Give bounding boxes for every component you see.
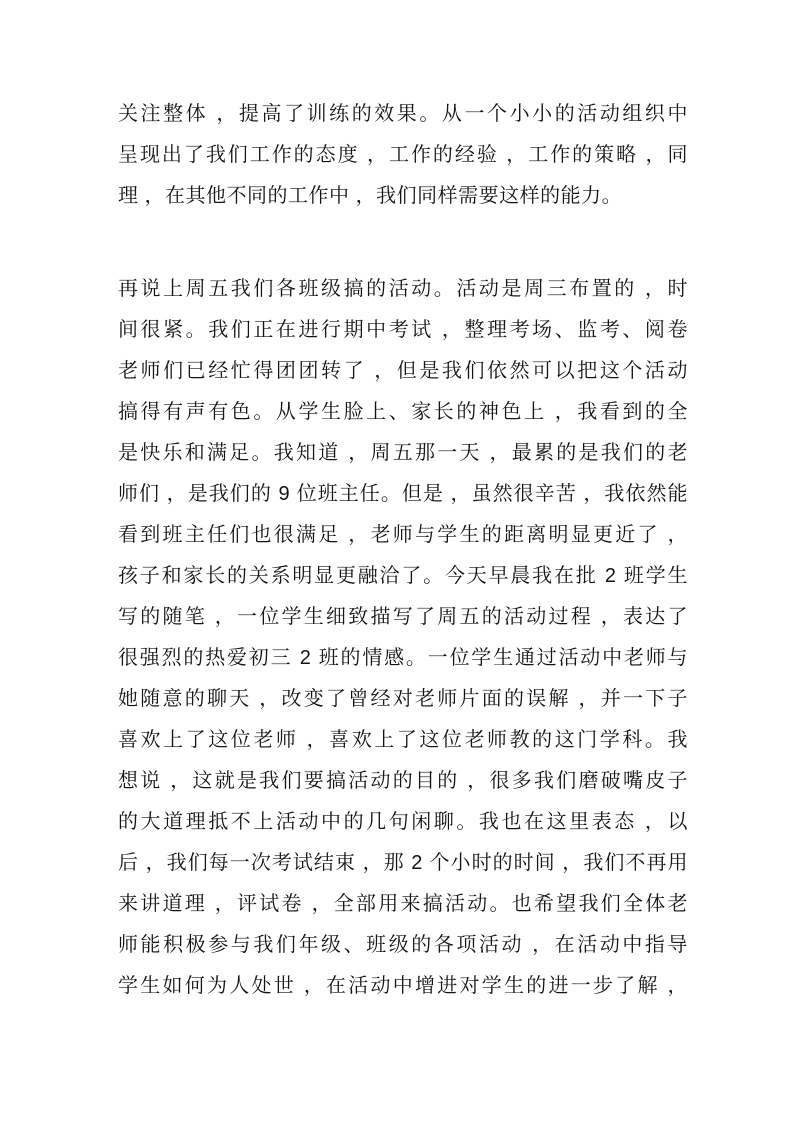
text-line: 她随意的聊天 ，改变了曾经对老师片面的误解 ，并一下子 xyxy=(118,679,688,720)
text-line: 老师们已经忙得团团转了 ，但是我们依然可以把这个活动 xyxy=(118,351,688,392)
text-line: 学生如何为人处世 ，在活动中增进对学生的进一步了解 ， xyxy=(118,966,688,1007)
document-page: 关注整体 ，提高了训练的效果。从一个小小的活动组织中呈现出了我们工作的态度 ，工… xyxy=(0,0,793,1122)
text-line: 的大道理抵不上活动中的几句闲聊。我也在这里表态 ，以 xyxy=(118,802,688,843)
text-line: 后 ，我们每一次考试结束 ，那 2 个小时的时间 ，我们不再用 xyxy=(118,843,688,884)
paragraph: 再说上周五我们各班级搞的活动。活动是周三布置的 ，时间很紧。我们正在进行期中考试… xyxy=(118,269,688,1007)
text-line: 孩子和家长的关系明显更融洽了。今天早晨我在批 2 班学生 xyxy=(118,556,688,597)
text-line: 来讲道理 ，评试卷 ，全部用来搞活动。也希望我们全体老 xyxy=(118,884,688,925)
text-line: 理 ，在其他不同的工作中 ，我们同样需要这样的能力。 xyxy=(118,176,688,217)
text-line: 关注整体 ，提高了训练的效果。从一个小小的活动组织中 xyxy=(118,94,688,135)
text-line: 师们 ，是我们的 9 位班主任。但是 ，虽然很辛苦 ，我依然能 xyxy=(118,474,688,515)
text-line: 很强烈的热爱初三 2 班的情感。一位学生通过活动中老师与 xyxy=(118,638,688,679)
text-line: 呈现出了我们工作的态度 ，工作的经验 ，工作的策略 ，同 xyxy=(118,135,688,176)
paragraph: 关注整体 ，提高了训练的效果。从一个小小的活动组织中呈现出了我们工作的态度 ，工… xyxy=(118,94,688,217)
document-body: 关注整体 ，提高了训练的效果。从一个小小的活动组织中呈现出了我们工作的态度 ，工… xyxy=(0,0,793,1007)
text-line: 间很紧。我们正在进行期中考试 ，整理考场、监考、阅卷 xyxy=(118,310,688,351)
text-line: 是快乐和满足。我知道 ，周五那一天 ，最累的是我们的老 xyxy=(118,433,688,474)
text-line: 想说 ，这就是我们要搞活动的目的 ，很多我们磨破嘴皮子 xyxy=(118,761,688,802)
text-line: 看到班主任们也很满足 ，老师与学生的距离明显更近了 ， xyxy=(118,515,688,556)
text-line: 师能积极参与我们年级、班级的各项活动 ，在活动中指导 xyxy=(118,925,688,966)
text-line: 喜欢上了这位老师 ，喜欢上了这位老师教的这门学科。我 xyxy=(118,720,688,761)
text-line: 写的随笔 ，一位学生细致描写了周五的活动过程 ，表达了 xyxy=(118,597,688,638)
text-line: 再说上周五我们各班级搞的活动。活动是周三布置的 ，时 xyxy=(118,269,688,310)
text-line: 搞得有声有色。从学生脸上、家长的神色上 ，我看到的全 xyxy=(118,392,688,433)
